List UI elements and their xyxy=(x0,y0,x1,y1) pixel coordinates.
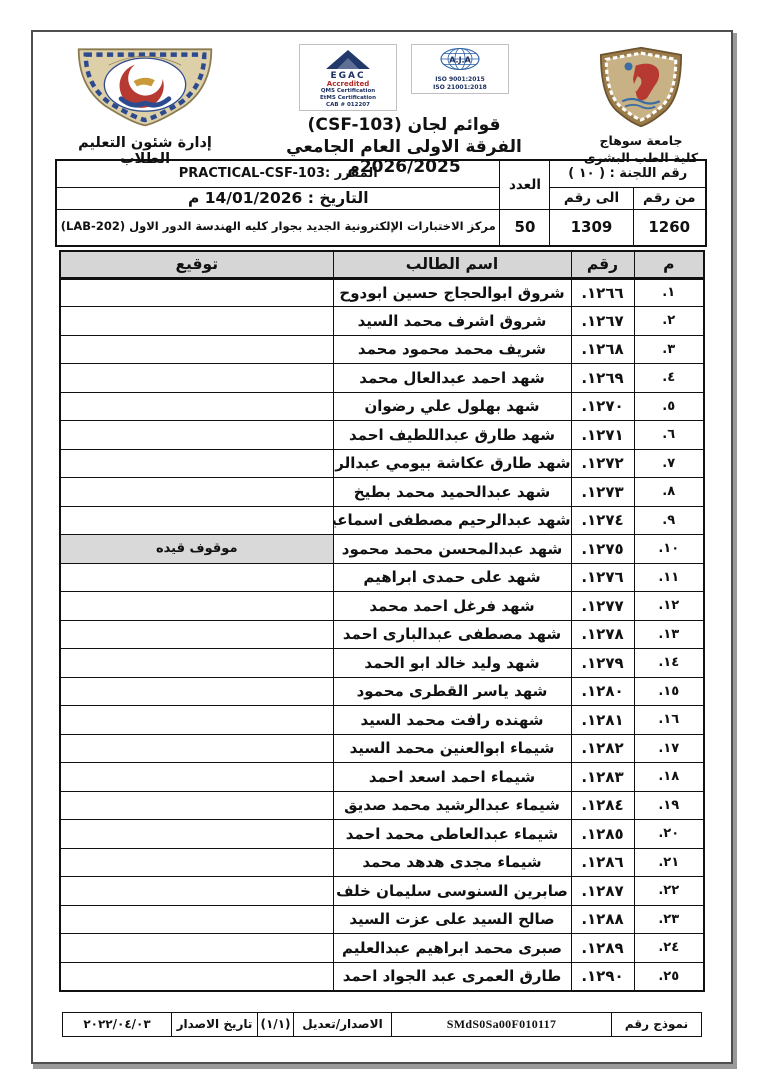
signature-cell xyxy=(60,392,333,421)
name-cell: شيماء ابوالعنين محمد السيد xyxy=(333,734,571,763)
number-cell: ١٢٨٢. xyxy=(571,734,634,763)
number-cell: ١٢٨٣. xyxy=(571,763,634,792)
serial-cell: ١٢. xyxy=(634,592,704,621)
name-cell: شهد احمد عبدالعال محمد xyxy=(333,364,571,393)
name-cell: شهد عبدالرحيم مصطفى اسماعيل xyxy=(333,506,571,535)
signature-cell xyxy=(60,478,333,507)
student-row: ٥. ١٢٧٠. شهد بهلول علي رضوان xyxy=(60,392,704,421)
egac-accredited-label: Accredited xyxy=(327,80,369,88)
signature-cell xyxy=(60,278,333,307)
number-cell: ١٢٨٨. xyxy=(571,905,634,934)
signature-cell xyxy=(60,706,333,735)
student-row: ١١. ١٢٧٦. شهد على حمدى ابراهيم xyxy=(60,563,704,592)
serial-cell: ٢. xyxy=(634,307,704,336)
serial-cell: ١١. xyxy=(634,563,704,592)
number-cell: ١٢٨٠. xyxy=(571,677,634,706)
signature-cell xyxy=(60,364,333,393)
serial-cell: ٤. xyxy=(634,364,704,393)
number-cell: ١٢٧٠. xyxy=(571,392,634,421)
signature-cell xyxy=(60,820,333,849)
name-cell: شيماء مجدى هدهد محمد xyxy=(333,848,571,877)
number-cell: ١٢٧٢. xyxy=(571,449,634,478)
students-tbody: ١. ١٢٦٦. شروق ابوالحجاج حسين ابودوح ٢. ١… xyxy=(60,278,704,991)
name-header: اسم الطالب xyxy=(333,251,571,278)
serial-cell: ٢٢. xyxy=(634,877,704,906)
name-cell: طارق العمرى عبد الجواد احمد xyxy=(333,962,571,991)
number-cell: ١٢٧٤. xyxy=(571,506,634,535)
serial-cell: ٢١. xyxy=(634,848,704,877)
student-row: ١٤. ١٢٧٩. شهد وليد خالد ابو الحمد xyxy=(60,649,704,678)
student-row: ١٦. ١٢٨١. شهنده رافت محمد السيد xyxy=(60,706,704,735)
signature-cell xyxy=(60,677,333,706)
student-row: ٢. ١٢٦٧. شروق اشرف محمد السيد xyxy=(60,307,704,336)
student-row: ١٠. ١٢٧٥. شهد عبدالمحسن محمد محمود موقوف… xyxy=(60,535,704,564)
signature-cell xyxy=(60,506,333,535)
svg-text:A.J.A: A.J.A xyxy=(449,56,471,65)
student-row: ٨. ١٢٧٣. شهد عبدالحميد محمد بطيخ xyxy=(60,478,704,507)
name-cell: شهنده رافت محمد السيد xyxy=(333,706,571,735)
number-cell: ١٢٧٩. xyxy=(571,649,634,678)
signature-header: توقيع xyxy=(60,251,333,278)
from-number-value: 1260 xyxy=(633,209,706,246)
number-cell: ١٢٨٩. xyxy=(571,934,634,963)
name-cell: شهد فرغل احمد محمد xyxy=(333,592,571,621)
university-logo-icon xyxy=(595,113,687,132)
form-number-label: نموذج رقم xyxy=(612,1012,702,1036)
to-number-label: الى رقم xyxy=(550,187,633,209)
serial-cell: ١. xyxy=(634,278,704,307)
student-row: ٦. ١٢٧١. شهد طارق عبداللطيف احمد xyxy=(60,421,704,450)
signature-cell xyxy=(60,734,333,763)
issue-value: (١/١) xyxy=(258,1012,294,1036)
title-block: EGAC Accredited QMS Certification EtMS C… xyxy=(252,44,557,177)
name-cell: شهد وليد خالد ابو الحمد xyxy=(333,649,571,678)
serial-cell: ١٤. xyxy=(634,649,704,678)
department-name: إدارة شئون التعليم الطلاب xyxy=(57,135,233,167)
student-row: ٤. ١٢٦٩. شهد احمد عبدالعال محمد xyxy=(60,364,704,393)
number-cell: ١٢٧١. xyxy=(571,421,634,450)
university-block: جامعة سوهاج كلية الطب البشرى xyxy=(575,44,707,165)
serial-cell: ٧. xyxy=(634,449,704,478)
name-cell: صالح السيد على عزت السيد xyxy=(333,905,571,934)
student-row: ٢٠. ١٢٨٥. شيماء عبدالعاطى محمد احمد xyxy=(60,820,704,849)
name-cell: شروق اشرف محمد السيد xyxy=(333,307,571,336)
student-row: ٢٥. ١٢٩٠. طارق العمرى عبد الجواد احمد xyxy=(60,962,704,991)
issue-date-value: ٢٠٢٢/٠٤/٠٣ xyxy=(63,1012,172,1036)
form-footer-table: نموذج رقم SMdS0Sa00F010117 الاصدار/تعديل… xyxy=(62,1012,702,1037)
student-row: ٧. ١٢٧٢. شهد طارق عكاشة بيومي عبدالرحيم xyxy=(60,449,704,478)
student-row: ٢١. ١٢٨٦. شيماء مجدى هدهد محمد xyxy=(60,848,704,877)
page-header: جامعة سوهاج كلية الطب البشرى EGAC Accred… xyxy=(57,44,707,154)
name-cell: صابرين السنوسى سليمان خلف xyxy=(333,877,571,906)
signature-cell xyxy=(60,649,333,678)
student-row: ٢٤. ١٢٨٩. صبرى محمد ابراهيم عبدالعليم xyxy=(60,934,704,963)
signature-cell xyxy=(60,335,333,364)
name-cell: شيماء عبدالعاطى محمد احمد xyxy=(333,820,571,849)
number-header: رقم xyxy=(571,251,634,278)
signature-cell xyxy=(60,763,333,792)
serial-cell: ٥. xyxy=(634,392,704,421)
number-cell: ١٢٨٧. xyxy=(571,877,634,906)
signature-cell xyxy=(60,620,333,649)
student-row: ٢٣. ١٢٨٨. صالح السيد على عزت السيد xyxy=(60,905,704,934)
accreditation-logos: EGAC Accredited QMS Certification EtMS C… xyxy=(252,44,557,111)
number-cell: ١٢٨١. xyxy=(571,706,634,735)
name-cell: شهد بهلول علي رضوان xyxy=(333,392,571,421)
college-logo-icon xyxy=(69,113,221,132)
serial-cell: ١٦. xyxy=(634,706,704,735)
aja-iso-line: ISO 21001:2018 xyxy=(433,84,487,92)
signature-cell xyxy=(60,877,333,906)
name-cell: شهد على حمدى ابراهيم xyxy=(333,563,571,592)
student-row: ٩. ١٢٧٤. شهد عبدالرحيم مصطفى اسماعيل xyxy=(60,506,704,535)
to-number-value: 1309 xyxy=(550,209,633,246)
university-name: جامعة سوهاج xyxy=(575,133,707,149)
document-page: { "header": { "university": { "line1": "… xyxy=(0,0,768,1086)
serial-cell: ١٧. xyxy=(634,734,704,763)
name-cell: شهد طارق عكاشة بيومي عبدالرحيم xyxy=(333,449,571,478)
signature-cell xyxy=(60,791,333,820)
signature-cell: موقوف قيده xyxy=(60,535,333,564)
issue-date-label: تاريخ الاصدار xyxy=(172,1012,258,1036)
serial-cell: ٦. xyxy=(634,421,704,450)
serial-cell: ٢٣. xyxy=(634,905,704,934)
serial-cell: ٢٠. xyxy=(634,820,704,849)
student-row: ٣. ١٢٦٨. شريف محمد محمود محمد xyxy=(60,335,704,364)
exam-location: مركز الاختبارات الإلكترونية الجديد بجوار… xyxy=(56,209,500,246)
students-table-header: م رقم اسم الطالب توقيع xyxy=(60,251,704,278)
student-row: ١٧. ١٢٨٢. شيماء ابوالعنين محمد السيد xyxy=(60,734,704,763)
serial-cell: ١٠. xyxy=(634,535,704,564)
signature-cell xyxy=(60,848,333,877)
signature-cell xyxy=(60,905,333,934)
name-cell: صبرى محمد ابراهيم عبدالعليم xyxy=(333,934,571,963)
serial-cell: ١٨. xyxy=(634,763,704,792)
signature-cell xyxy=(60,307,333,336)
signature-cell xyxy=(60,934,333,963)
signature-cell xyxy=(60,421,333,450)
name-cell: شيماء عبدالرشيد محمد صديق xyxy=(333,791,571,820)
number-cell: ١٢٧٣. xyxy=(571,478,634,507)
form-code: SMdS0Sa00F010117 xyxy=(392,1012,612,1036)
name-cell: شهد مصطفى عبدالبارى احمد xyxy=(333,620,571,649)
aja-iso-lines: ISO 9001:2015 ISO 21001:2018 xyxy=(433,76,487,92)
signature-cell xyxy=(60,449,333,478)
serial-cell: ١٣. xyxy=(634,620,704,649)
number-cell: ١٢٨٥. xyxy=(571,820,634,849)
exam-date: التاريخ : 14/01/2026 م xyxy=(56,187,500,209)
serial-cell: ٢٥. xyxy=(634,962,704,991)
serial-cell: ٨. xyxy=(634,478,704,507)
number-cell: ١٢٧٧. xyxy=(571,592,634,621)
from-number-label: من رقم xyxy=(633,187,706,209)
name-cell: شهد عبدالمحسن محمد محمود xyxy=(333,535,571,564)
number-cell: ١٢٦٩. xyxy=(571,364,634,393)
student-row: ١٩. ١٢٨٤. شيماء عبدالرشيد محمد صديق xyxy=(60,791,704,820)
serial-cell: ٢٤. xyxy=(634,934,704,963)
name-cell: شيماء احمد اسعد احمد xyxy=(333,763,571,792)
student-row: ٢٢. ١٢٨٧. صابرين السنوسى سليمان خلف xyxy=(60,877,704,906)
student-row: ١. ١٢٦٦. شروق ابوالحجاج حسين ابودوح xyxy=(60,278,704,307)
number-cell: ١٢٧٥. xyxy=(571,535,634,564)
number-cell: ١٢٨٤. xyxy=(571,791,634,820)
serial-header: م xyxy=(634,251,704,278)
serial-cell: ١٩. xyxy=(634,791,704,820)
serial-cell: ٩. xyxy=(634,506,704,535)
number-cell: ١٢٩٠. xyxy=(571,962,634,991)
name-cell: شهد ياسر القطرى محمود xyxy=(333,677,571,706)
signature-cell xyxy=(60,592,333,621)
student-row: ١٥. ١٢٨٠. شهد ياسر القطرى محمود xyxy=(60,677,704,706)
college-block: إدارة شئون التعليم الطلاب xyxy=(57,44,233,167)
egac-accreditation-badge: EGAC Accredited QMS Certification EtMS C… xyxy=(299,44,397,111)
signature-cell xyxy=(60,962,333,991)
issue-label: الاصدار/تعديل xyxy=(294,1012,392,1036)
egac-cert-line: CAB # 012207 xyxy=(326,102,370,109)
serial-cell: ١٥. xyxy=(634,677,704,706)
student-row: ١٨. ١٢٨٣. شيماء احمد اسعد احمد xyxy=(60,763,704,792)
name-cell: شهد طارق عبداللطيف احمد xyxy=(333,421,571,450)
number-cell: ١٢٦٨. xyxy=(571,335,634,364)
students-table: م رقم اسم الطالب توقيع ١. ١٢٦٦. شروق ابو… xyxy=(59,250,705,992)
student-row: ١٣. ١٢٧٨. شهد مصطفى عبدالبارى احمد xyxy=(60,620,704,649)
number-cell: ١٢٨٦. xyxy=(571,848,634,877)
egac-cert-line: QMS Certification xyxy=(321,88,375,95)
signature-cell xyxy=(60,563,333,592)
number-cell: ١٢٧٦. xyxy=(571,563,634,592)
name-cell: شهد عبدالحميد محمد بطيخ xyxy=(333,478,571,507)
name-cell: شريف محمد محمود محمد xyxy=(333,335,571,364)
number-cell: ١٢٦٦. xyxy=(571,278,634,307)
aja-accreditation-badge: A.J.A ISO 9001:2015 ISO 21001:2018 xyxy=(411,44,509,94)
name-cell: شروق ابوالحجاج حسين ابودوح xyxy=(333,278,571,307)
count-value: 50 xyxy=(500,209,550,246)
aja-iso-line: ISO 9001:2015 xyxy=(433,76,487,84)
aja-globe-icon: A.J.A xyxy=(438,47,482,75)
serial-cell: ٣. xyxy=(634,335,704,364)
number-cell: ١٢٦٧. xyxy=(571,307,634,336)
faculty-name: كلية الطب البشرى xyxy=(575,150,707,166)
number-cell: ١٢٧٨. xyxy=(571,620,634,649)
document-title: قوائم لجان (CSF-103) xyxy=(252,115,557,135)
egac-cert-line: EtMS Certification xyxy=(320,95,376,102)
page-frame: جامعة سوهاج كلية الطب البشرى EGAC Accred… xyxy=(31,30,733,1064)
student-row: ١٢. ١٢٧٧. شهد فرغل احمد محمد xyxy=(60,592,704,621)
